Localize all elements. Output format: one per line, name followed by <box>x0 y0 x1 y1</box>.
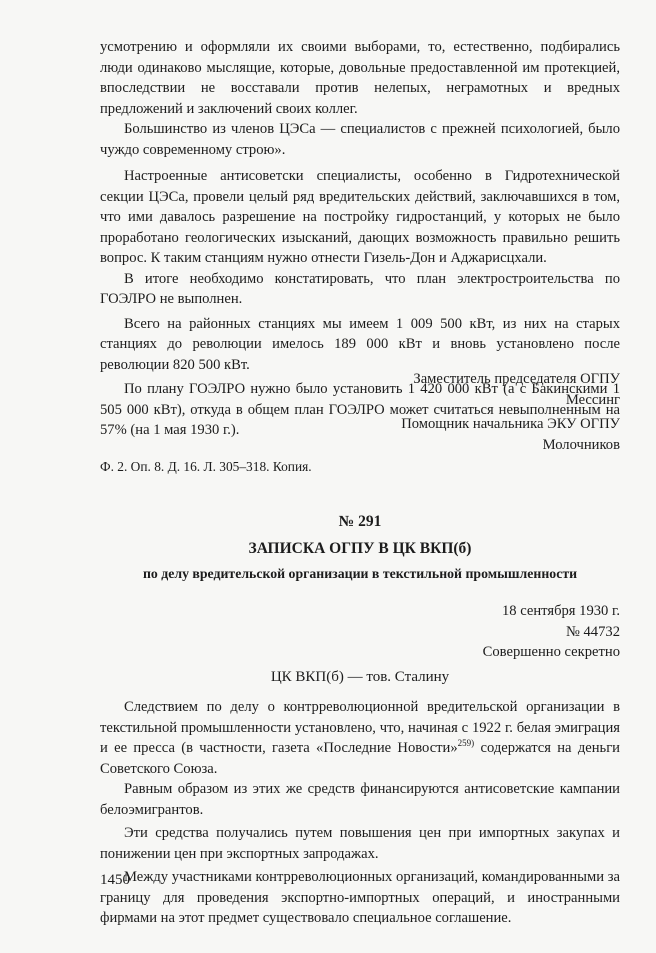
page-number: 1450 <box>100 872 130 889</box>
signature-name: Молочников <box>401 435 620 456</box>
paragraph: Следствием по делу о контрреволюционной … <box>100 697 620 779</box>
paragraph: Равным образом из этих же средств финанс… <box>100 779 620 820</box>
paragraph: Настроенные антисоветски специалисты, ос… <box>100 166 620 269</box>
signature-name: Мессинг <box>413 390 620 411</box>
paragraph: Эти средства получались путем повышения … <box>100 823 620 864</box>
document-date: 18 сентября 1930 г. <box>483 601 620 622</box>
signature-block-2: Помощник начальника ЭКУ ОГПУ Молочников <box>401 414 620 455</box>
registration-number: № 44732 <box>483 622 620 643</box>
paragraph: усмотрению и оформляли их своими выборам… <box>100 37 620 119</box>
document-page: усмотрению и оформляли их своими выборам… <box>0 0 656 953</box>
paragraph: Между участниками контрреволюционных орг… <box>100 867 620 929</box>
document-number: № 291 <box>100 513 620 531</box>
classification-stamp: Совершенно секретно <box>483 642 620 663</box>
document-subtitle: по делу вредительской организации в текс… <box>100 566 620 582</box>
paragraph: Большинство из членов ЦЭСа — специалисто… <box>100 119 620 160</box>
document-title: ЗАПИСКА ОГПУ В ЦК ВКП(б) <box>100 540 620 558</box>
signature-title: Заместитель председателя ОГПУ <box>413 369 620 390</box>
footnote-ref: 259) <box>458 738 475 748</box>
document-meta: 18 сентября 1930 г. № 44732 Совершенно с… <box>483 601 620 663</box>
new-document-body: Следствием по делу о контрреволюционной … <box>100 697 620 929</box>
addressee: ЦК ВКП(б) — тов. Сталину <box>100 669 620 686</box>
paragraph: В итоге необходимо констатировать, что п… <box>100 269 620 310</box>
signature-block-1: Заместитель председателя ОГПУ Мессинг <box>413 369 620 410</box>
signature-title: Помощник начальника ЭКУ ОГПУ <box>401 414 620 435</box>
archive-reference: Ф. 2. Оп. 8. Д. 16. Л. 305–318. Копия. <box>100 457 312 477</box>
paragraph: Всего на районных станциях мы имеем 1 00… <box>100 314 620 376</box>
